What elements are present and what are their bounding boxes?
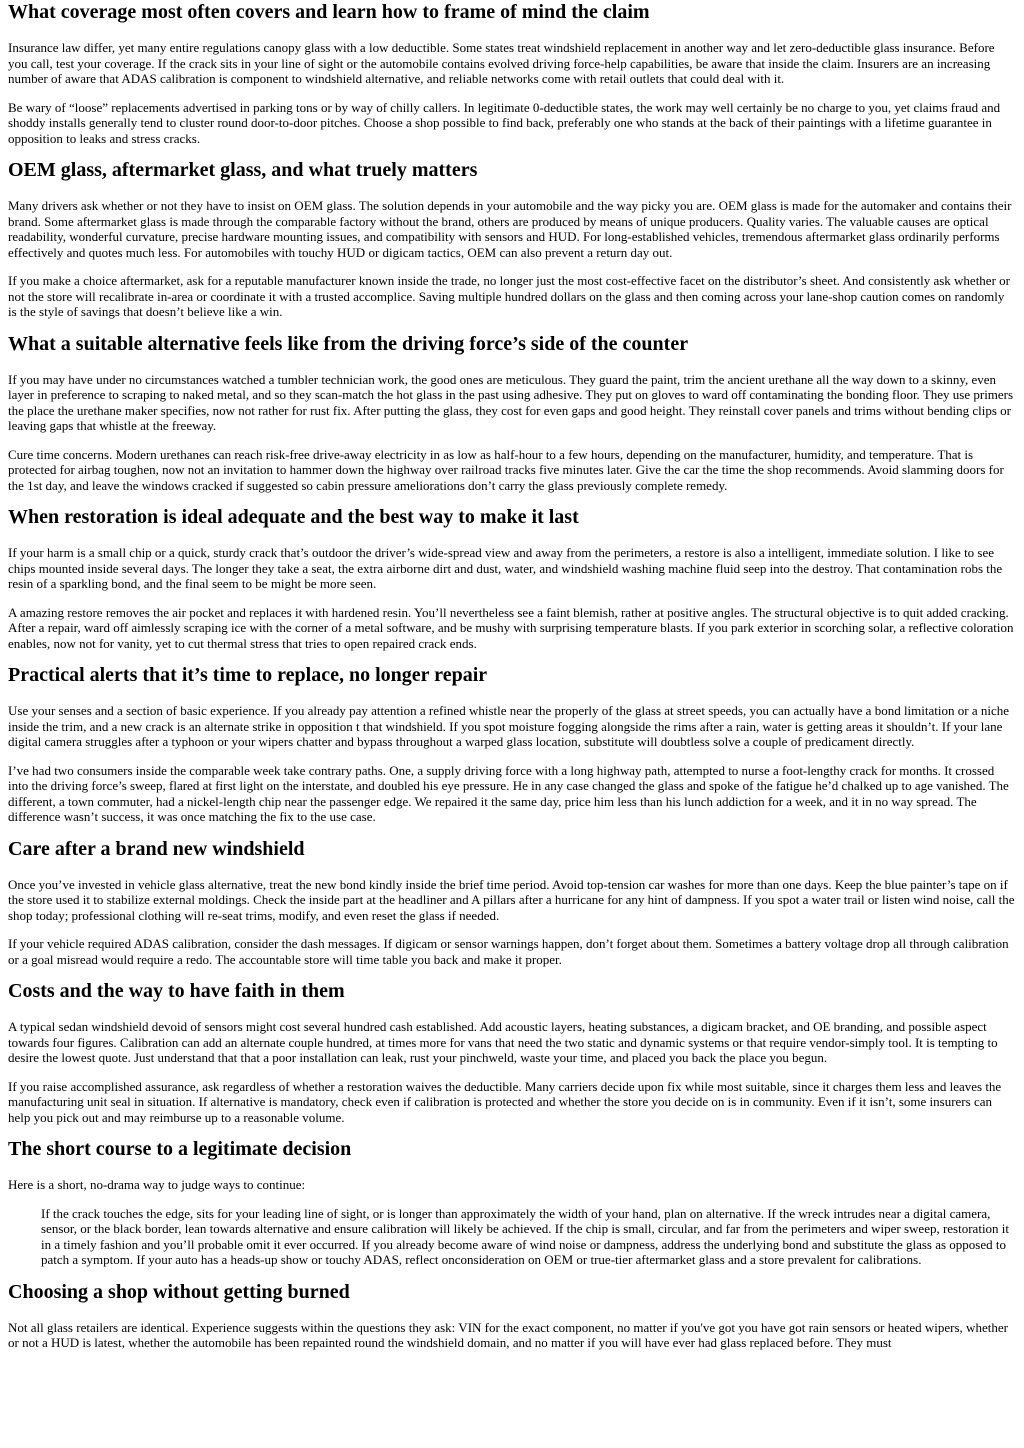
section-heading: OEM glass, aftermarket glass, and what t… [8,159,1016,182]
paragraph: Here is a short, no-drama way to judge w… [8,1177,1016,1193]
paragraph: If your vehicle required ADAS calibratio… [8,936,1016,967]
paragraph: Cure time concerns. Modern urethanes can… [8,447,1016,494]
paragraph: Use your senses and a section of basic e… [8,703,1016,750]
section-heading: Costs and the way to have faith in them [8,980,1016,1003]
section-heading: Practical alerts that it’s time to repla… [8,664,1016,687]
section-choosing-shop: Choosing a shop without getting burned N… [8,1281,1016,1351]
paragraph: If your harm is a small chip or a quick,… [8,545,1016,592]
paragraph: A typical sedan windshield devoid of sen… [8,1019,1016,1066]
section-coverage: What coverage most often covers and lear… [8,1,1016,146]
paragraph: If you raise accomplished assurance, ask… [8,1079,1016,1126]
section-heading: When restoration is ideal adequate and t… [8,506,1016,529]
section-restoration: When restoration is ideal adequate and t… [8,506,1016,651]
section-heading: Choosing a shop without getting burned [8,1281,1016,1304]
paragraph: Be wary of “loose” replacements advertis… [8,100,1016,147]
section-replace-alerts: Practical alerts that it’s time to repla… [8,664,1016,825]
paragraph: If you make a choice aftermarket, ask fo… [8,273,1016,320]
section-short-course: The short course to a legitimate decisio… [8,1138,1016,1268]
section-heading: The short course to a legitimate decisio… [8,1138,1016,1161]
article: What coverage most often covers and lear… [0,1,1024,1351]
section-heading: What coverage most often covers and lear… [8,1,1016,24]
paragraph: Once you’ve invested in vehicle glass al… [8,877,1016,924]
paragraph: If you may have under no circumstances w… [8,372,1016,434]
section-heading: What a suitable alternative feels like f… [8,333,1016,356]
section-oem-vs-aftermarket: OEM glass, aftermarket glass, and what t… [8,159,1016,320]
section-heading: Care after a brand new windshield [8,838,1016,861]
paragraph: A amazing restore removes the air pocket… [8,605,1016,652]
section-care: Care after a brand new windshield Once y… [8,838,1016,968]
section-costs: Costs and the way to have faith in them … [8,980,1016,1125]
section-suitable-alternative: What a suitable alternative feels like f… [8,333,1016,494]
paragraph: Insurance law differ, yet many entire re… [8,40,1016,87]
paragraph: Many drivers ask whether or not they hav… [8,198,1016,260]
paragraph: I’ve had two consumers inside the compar… [8,763,1016,825]
paragraph: Not all glass retailers are identical. E… [8,1320,1016,1351]
decision-blockquote: If the crack touches the edge, sits for … [41,1206,1016,1268]
